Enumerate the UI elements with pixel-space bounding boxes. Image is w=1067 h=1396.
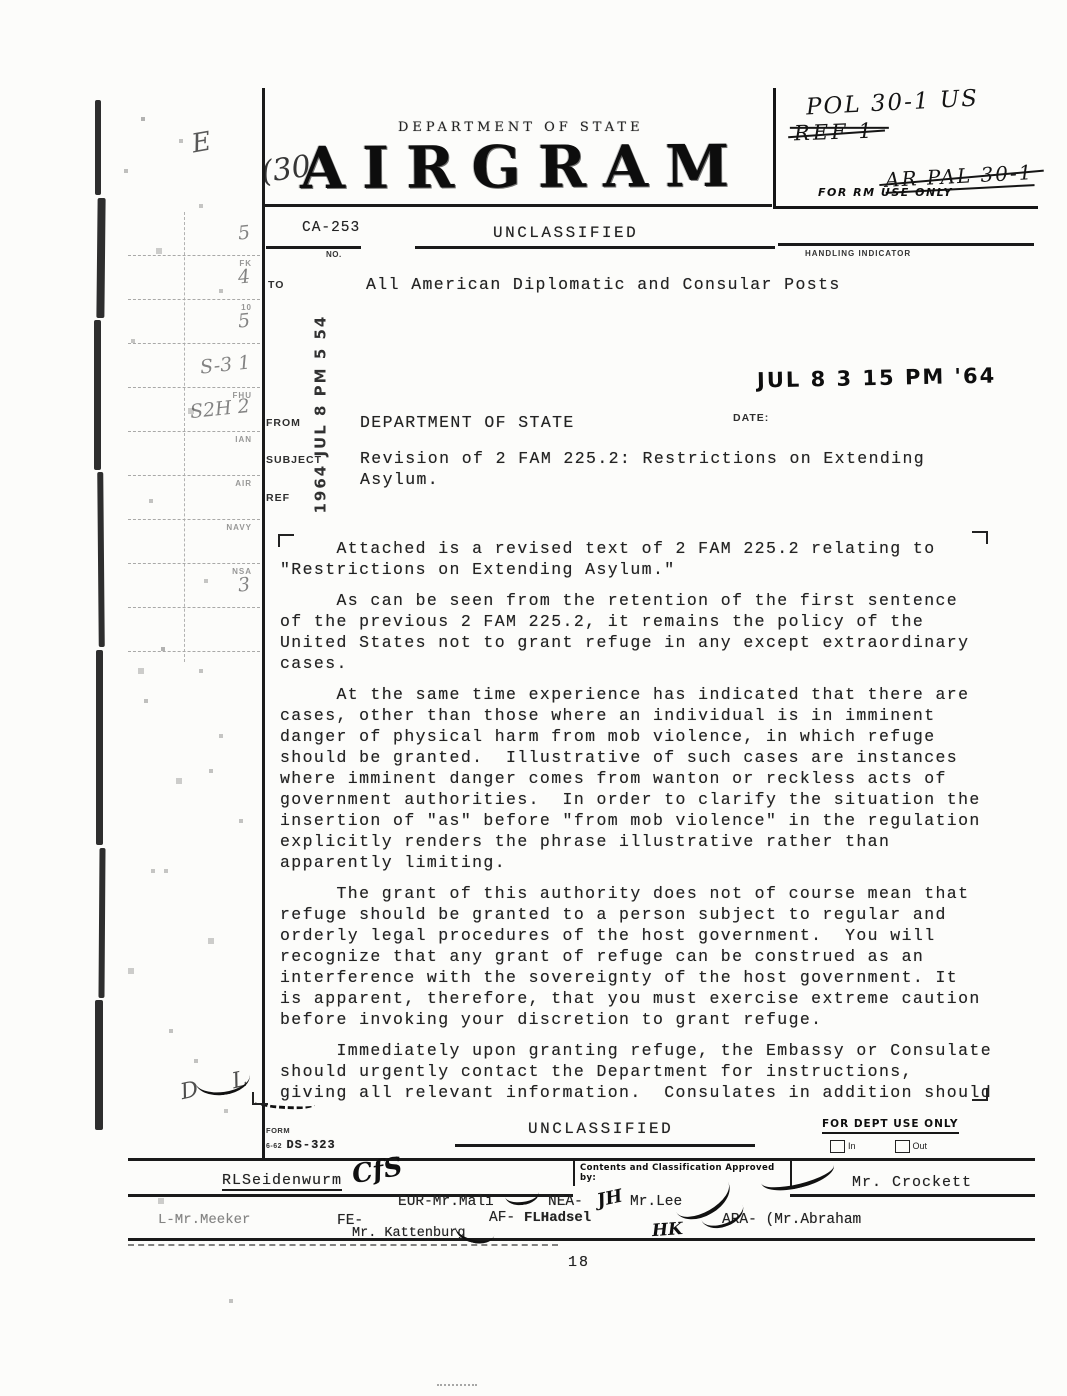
clearance-af: AF- bbox=[489, 1210, 515, 1226]
nea-hand-initials: JH bbox=[595, 1186, 624, 1212]
dept-use-label: FOR DEPT USE ONLY bbox=[822, 1118, 959, 1134]
document-type-title: AIRGRAM bbox=[300, 132, 747, 202]
footer-band-bottom-rule bbox=[128, 1238, 1035, 1241]
binding-edge bbox=[94, 320, 101, 470]
binding-edge bbox=[95, 1000, 103, 1130]
subject-value: Revision of 2 FAM 225.2: Restrictions on… bbox=[360, 448, 925, 490]
clearance-eur: EUR-Mr.Mali bbox=[398, 1194, 494, 1210]
corner-scribble: (30 bbox=[259, 149, 313, 191]
body-paragraph: Immediately upon granting refuge, the Em… bbox=[280, 1040, 992, 1103]
number-label: NO. bbox=[326, 250, 342, 259]
from-label: FROM bbox=[266, 417, 301, 429]
binding-edge bbox=[96, 650, 103, 845]
checkbox-in-label: In bbox=[848, 1141, 856, 1151]
distribution-cell-handwritten-value: 5 bbox=[237, 309, 251, 332]
footer-dashed-rule bbox=[128, 1244, 558, 1246]
to-label: TO bbox=[268, 279, 284, 291]
body-paragraphs: Attached is a revised text of 2 FAM 225.… bbox=[280, 538, 992, 1113]
number-rule bbox=[266, 246, 361, 249]
distribution-cell-handwritten-value: S-3 1 bbox=[199, 351, 251, 378]
body-paragraph: The grant of this authority does not of … bbox=[280, 883, 992, 1030]
distribution-grid-cell: 5 bbox=[128, 212, 260, 256]
form-label: FORM bbox=[266, 1126, 336, 1135]
date-label: DATE: bbox=[733, 412, 769, 424]
header-underline bbox=[262, 204, 772, 207]
footer-band-top-rule bbox=[128, 1158, 1035, 1161]
margin-scribble-top: E bbox=[190, 127, 214, 160]
scan-mark bbox=[437, 1384, 477, 1386]
rm-use-only-label: FOR RM USE ONLY bbox=[818, 186, 953, 199]
body-paragraph: At the same time experience has indicate… bbox=[280, 684, 992, 873]
form-left-border bbox=[262, 88, 265, 1160]
rm-use-box: POL 30-1 US REF 1 AR PAL 30-1 FOR RM USE… bbox=[773, 88, 1038, 209]
distribution-grid-cell: AIR bbox=[128, 476, 260, 520]
approved-by-label: Contents and Classification Approved by: bbox=[580, 1163, 785, 1183]
distribution-grid-cell: NAVY bbox=[128, 520, 260, 564]
approver-name: Mr. Crockett bbox=[852, 1174, 972, 1191]
approved-box-left bbox=[573, 1158, 575, 1186]
airgram-document-page: E 5FK4105S-3 1FHUS2H 2IANAIRNAVYNSA3 D L… bbox=[0, 0, 1067, 1396]
checkbox-out bbox=[895, 1140, 910, 1153]
checkbox-out-label: Out bbox=[913, 1141, 928, 1151]
drafter-name: RLSeidenwurm bbox=[222, 1172, 342, 1191]
distribution-cell-printed-label: AIR bbox=[235, 479, 252, 488]
page-number: 18 bbox=[568, 1254, 590, 1271]
distribution-grid-cell bbox=[128, 608, 260, 652]
ref-label: REF bbox=[266, 492, 290, 504]
rm-file-number: POL 30-1 US bbox=[805, 85, 979, 120]
distribution-cell-handwritten-value: 5 bbox=[237, 221, 251, 244]
distribution-cell-handwritten-value: S2H 2 bbox=[189, 395, 251, 423]
subject-label: SUBJECT bbox=[266, 454, 322, 466]
clearance-ara: ARA- (Mr.Abraham bbox=[722, 1212, 861, 1228]
binding-edge bbox=[95, 100, 101, 195]
approver-row-rule bbox=[790, 1194, 1035, 1197]
airgram-number: CA-253 bbox=[302, 220, 360, 236]
dept-use-checkboxes: In Out bbox=[830, 1140, 927, 1153]
binding-edge bbox=[98, 848, 105, 998]
distribution-cell-handwritten-value: 4 bbox=[237, 265, 251, 288]
distribution-grid-cell: S-3 1 bbox=[128, 344, 260, 388]
body-paragraph: As can be seen from the retention of the… bbox=[280, 590, 992, 674]
handling-indicator-label: HANDLING INDICATOR bbox=[805, 249, 911, 258]
scan-noise bbox=[110, 110, 112, 112]
clearance-af-name: FLHadsel bbox=[524, 1210, 591, 1226]
distribution-grid-cell: IAN bbox=[128, 432, 260, 476]
classification-bottom-underline bbox=[455, 1144, 755, 1147]
rm-ref-crossed: REF 1 bbox=[794, 119, 876, 146]
binding-edge bbox=[96, 198, 105, 318]
classification-underline bbox=[415, 246, 775, 249]
clearance-l: L-Mr.Meeker bbox=[158, 1212, 250, 1228]
distribution-grid-cell: FHUS2H 2 bbox=[128, 388, 260, 432]
distribution-cell-printed-label: NAVY bbox=[226, 523, 252, 532]
form-revision: 6-62 bbox=[266, 1143, 282, 1150]
distribution-cell-printed-label: IAN bbox=[235, 435, 252, 444]
distribution-grid: 5FK4105S-3 1FHUS2H 2IANAIRNAVYNSA3 bbox=[128, 212, 260, 662]
from-value: DEPARTMENT OF STATE bbox=[360, 412, 575, 433]
form-identifier: FORM 6-62 DS-323 bbox=[266, 1126, 336, 1153]
form-number: DS-323 bbox=[286, 1138, 335, 1152]
body-paragraph: Attached is a revised text of 2 FAM 225.… bbox=[280, 538, 992, 580]
clearance-fe-name: Mr. Kattenburg bbox=[352, 1226, 465, 1241]
handling-rule bbox=[778, 243, 1034, 246]
text-bracket-bottom-left bbox=[252, 1092, 268, 1105]
to-value: All American Diplomatic and Consular Pos… bbox=[366, 274, 841, 295]
checkbox-in bbox=[830, 1140, 845, 1153]
clearance-nea: NEA- bbox=[548, 1194, 583, 1210]
distribution-grid-cell: NSA3 bbox=[128, 564, 260, 608]
binding-edge bbox=[97, 472, 105, 647]
classification-bottom: UNCLASSIFIED bbox=[528, 1120, 673, 1138]
hand-initials-hk: HK bbox=[651, 1219, 683, 1241]
eur-signature-squiggle bbox=[504, 1182, 541, 1208]
distribution-grid-cell: FK4 bbox=[128, 256, 260, 300]
received-side-stamp: 1964 JUL 8 PM 5 54 bbox=[312, 309, 330, 514]
distribution-grid-cell: 105 bbox=[128, 300, 260, 344]
distribution-cell-handwritten-value: 3 bbox=[237, 573, 251, 596]
received-date-stamp: JUL 8 3 15 PM '64 bbox=[757, 363, 997, 392]
classification-top: UNCLASSIFIED bbox=[493, 224, 638, 242]
